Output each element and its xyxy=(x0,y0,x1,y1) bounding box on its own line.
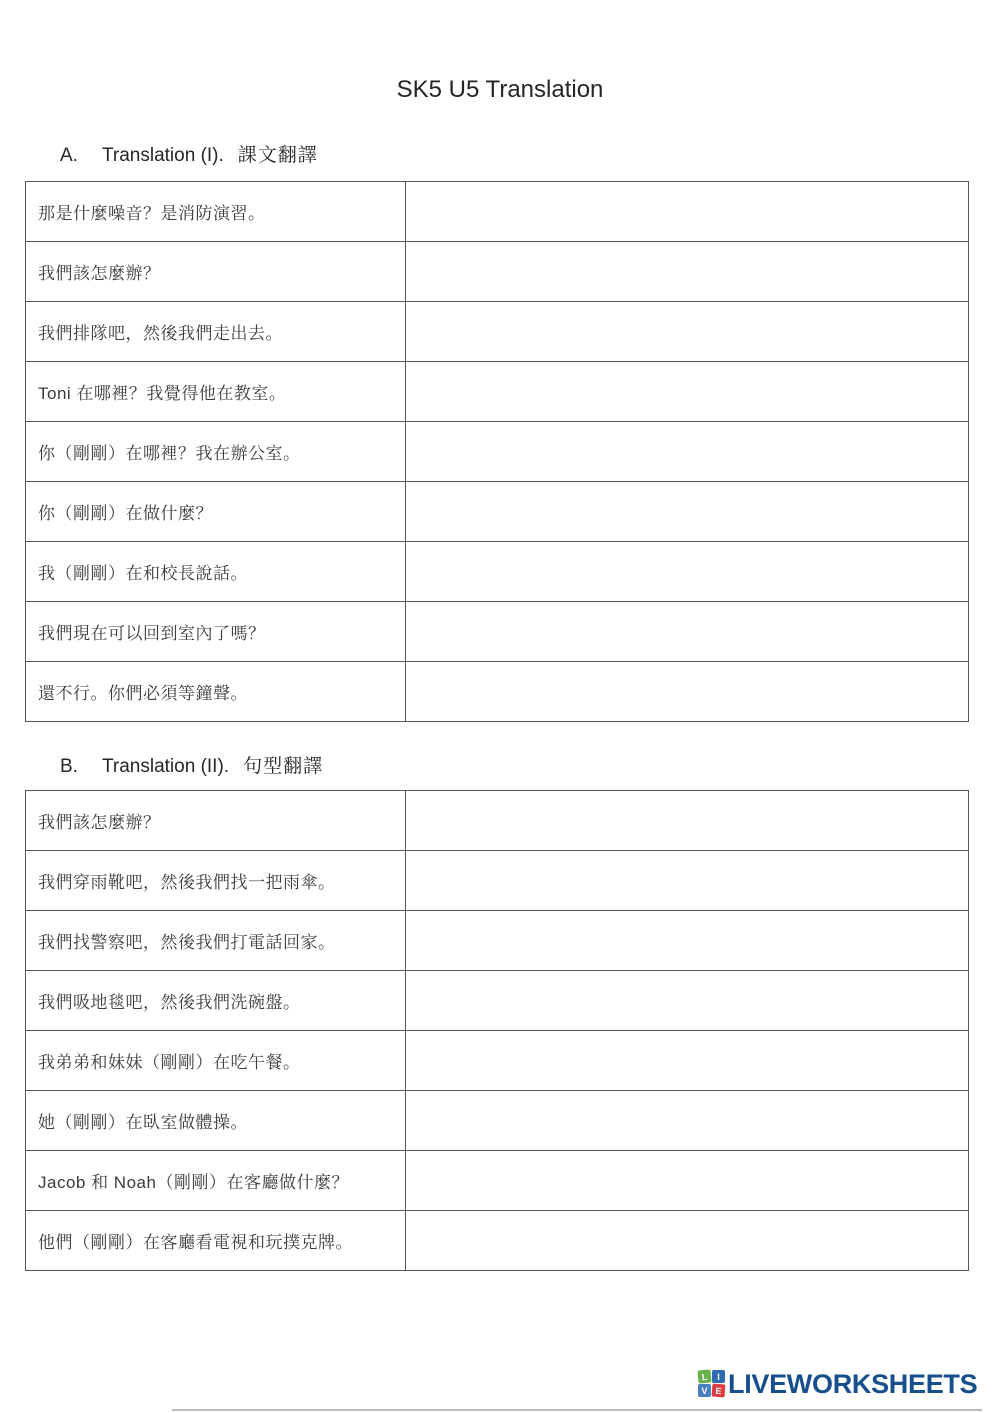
answer-cell[interactable] xyxy=(406,662,969,722)
table-row: 我弟弟和妹妹（剛剛）在吃午餐。 xyxy=(26,1031,969,1091)
page-title: SK5 U5 Translation xyxy=(0,76,1000,104)
section-a-heading: A. Translation (I). 課文翻譯 xyxy=(60,140,318,167)
translation-table-a: 那是什麼噪音？是消防演習。我們該怎麼辦？我們排隊吧，然後我們走出去。Toni 在… xyxy=(25,181,969,722)
table-row: 我們吸地毯吧，然後我們洗碗盤。 xyxy=(26,971,969,1031)
table-row: 我們穿雨靴吧，然後我們找一把雨傘。 xyxy=(26,851,969,911)
answer-cell[interactable] xyxy=(406,851,969,911)
table-row: 他們（剛剛）在客廳看電視和玩撲克牌。 xyxy=(26,1211,969,1271)
answer-cell[interactable] xyxy=(406,542,969,602)
prompt-cell: 我（剛剛）在和校長說話。 xyxy=(26,542,406,602)
prompt-cell: 我弟弟和妹妹（剛剛）在吃午餐。 xyxy=(26,1031,406,1091)
table-row: 我們該怎麼辦？ xyxy=(26,242,969,302)
logo-letter-square-l: L xyxy=(697,1369,711,1383)
table-row: 你（剛剛）在做什麼？ xyxy=(26,482,969,542)
prompt-cell: Toni 在哪裡？我覺得他在教室。 xyxy=(26,362,406,422)
translation-table-b: 我們該怎麼辦？我們穿雨靴吧，然後我們找一把雨傘。我們找警察吧，然後我們打電話回家… xyxy=(25,790,969,1271)
answer-cell[interactable] xyxy=(406,242,969,302)
liveworksheets-brand-text: LIVEWORKSHEETS xyxy=(728,1369,977,1400)
table-row: Toni 在哪裡？我覺得他在教室。 xyxy=(26,362,969,422)
prompt-cell: 那是什麼噪音？是消防演習。 xyxy=(26,182,406,242)
table-row: 我們排隊吧，然後我們走出去。 xyxy=(26,302,969,362)
answer-cell[interactable] xyxy=(406,1151,969,1211)
answer-cell[interactable] xyxy=(406,1091,969,1151)
worksheet-page: SK5 U5 Translation A. Translation (I). 課… xyxy=(0,0,1000,1413)
prompt-cell: 我們該怎麼辦？ xyxy=(26,242,406,302)
table-row: 我（剛剛）在和校長說話。 xyxy=(26,542,969,602)
table-row: 我們找警察吧，然後我們打電話回家。 xyxy=(26,911,969,971)
section-b-title-zh: 句型翻譯 xyxy=(243,751,323,778)
section-a-title-en: Translation (I). xyxy=(102,145,224,167)
answer-cell[interactable] xyxy=(406,422,969,482)
answer-cell[interactable] xyxy=(406,362,969,422)
logo-letter-square-i: I xyxy=(712,1370,725,1383)
answer-cell[interactable] xyxy=(406,791,969,851)
prompt-cell: Jacob 和 Noah（剛剛）在客廳做什麼？ xyxy=(26,1151,406,1211)
prompt-cell: 你（剛剛）在哪裡？我在辦公室。 xyxy=(26,422,406,482)
prompt-cell: 我們找警察吧，然後我們打電話回家。 xyxy=(26,911,406,971)
table-row: 她（剛剛）在臥室做體操。 xyxy=(26,1091,969,1151)
prompt-cell: 他們（剛剛）在客廳看電視和玩撲克牌。 xyxy=(26,1211,406,1271)
answer-cell[interactable] xyxy=(406,182,969,242)
table-row: 你（剛剛）在哪裡？我在辦公室。 xyxy=(26,422,969,482)
answer-cell[interactable] xyxy=(406,302,969,362)
prompt-cell: 我們排隊吧，然後我們走出去。 xyxy=(26,302,406,362)
table-row: 我們現在可以回到室內了嗎？ xyxy=(26,602,969,662)
prompt-cell: 她（剛剛）在臥室做體操。 xyxy=(26,1091,406,1151)
prompt-cell: 我們該怎麼辦？ xyxy=(26,791,406,851)
answer-cell[interactable] xyxy=(406,971,969,1031)
prompt-cell: 你（剛剛）在做什麼？ xyxy=(26,482,406,542)
answer-cell[interactable] xyxy=(406,602,969,662)
liveworksheets-footer: LIVE LIVEWORKSHEETS xyxy=(698,1369,977,1400)
logo-letter-square-v: V xyxy=(698,1384,711,1397)
section-a-label: A. xyxy=(60,145,102,167)
prompt-cell: 我們現在可以回到室內了嗎？ xyxy=(26,602,406,662)
prompt-cell: 我們穿雨靴吧，然後我們找一把雨傘。 xyxy=(26,851,406,911)
logo-letter-square-e: E xyxy=(712,1384,726,1398)
table-row: 還不行。你們必須等鐘聲。 xyxy=(26,662,969,722)
section-b-heading: B. Translation (II). 句型翻譯 xyxy=(60,751,323,778)
table-row: 那是什麼噪音？是消防演習。 xyxy=(26,182,969,242)
section-b-label: B. xyxy=(60,756,102,778)
answer-cell[interactable] xyxy=(406,1211,969,1271)
answer-cell[interactable] xyxy=(406,482,969,542)
section-b-title-en: Translation (II). xyxy=(102,756,229,778)
section-a-title-zh: 課文翻譯 xyxy=(238,140,318,167)
prompt-cell: 我們吸地毯吧，然後我們洗碗盤。 xyxy=(26,971,406,1031)
answer-cell[interactable] xyxy=(406,911,969,971)
answer-cell[interactable] xyxy=(406,1031,969,1091)
prompt-cell: 還不行。你們必須等鐘聲。 xyxy=(26,662,406,722)
table-row: Jacob 和 Noah（剛剛）在客廳做什麼？ xyxy=(26,1151,969,1211)
next-page-edge-divider xyxy=(172,1409,982,1411)
table-row: 我們該怎麼辦？ xyxy=(26,791,969,851)
liveworksheets-logo-icon: LIVE xyxy=(698,1370,725,1397)
